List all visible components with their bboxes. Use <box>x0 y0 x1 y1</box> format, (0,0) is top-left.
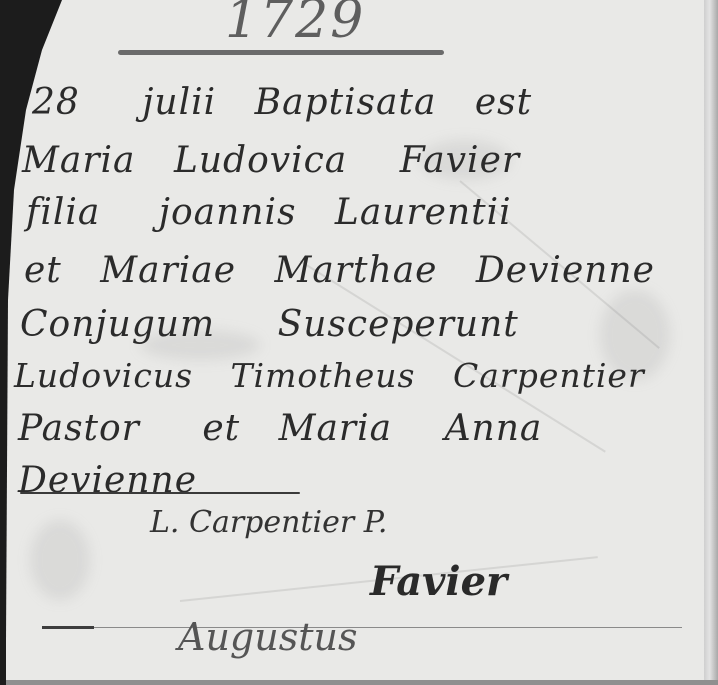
text-line-1: 28 julii Baptisata est <box>32 82 558 123</box>
word: Devienne <box>476 250 655 291</box>
word: Baptisata <box>255 82 437 123</box>
word: est <box>475 82 532 123</box>
word: Conjugum <box>20 304 215 345</box>
word: Timotheus <box>231 356 416 395</box>
text-line-4: et Mariae Marthae Devienne <box>24 250 681 291</box>
word: filia <box>26 192 100 233</box>
page-edge <box>704 0 718 685</box>
word: Maria <box>279 408 393 449</box>
word: et <box>202 408 240 449</box>
year-underline <box>118 50 444 55</box>
word: 28 <box>32 82 80 123</box>
word: Laurentii <box>335 192 512 233</box>
text-line-2: Maria Ludovica Favier <box>22 140 546 181</box>
line-flourish <box>20 492 300 494</box>
word: Susceperunt <box>278 304 519 345</box>
priest-signature: L. Carpentier P. <box>150 505 387 540</box>
word: Ludovica <box>174 140 347 181</box>
word: Devienne <box>18 460 197 501</box>
word: joannis <box>159 192 297 233</box>
signature-rule-mark <box>42 626 94 629</box>
text-line-3: filia joannis Laurentii <box>26 192 538 233</box>
word: Marthae <box>275 250 438 291</box>
word: julii <box>142 82 216 123</box>
word: Anna <box>445 408 543 449</box>
other-signature: Augustus <box>178 615 357 659</box>
signature-rule <box>42 627 682 628</box>
word: Maria <box>22 140 136 181</box>
text-line-8: Devienne <box>18 460 223 501</box>
page-edge-bottom <box>0 680 718 685</box>
text-line-7: Pastor et Maria Anna <box>18 408 568 449</box>
entry-year: 1729 <box>225 0 365 50</box>
witness-signature: Favier <box>370 558 507 605</box>
word: Mariae <box>100 250 236 291</box>
word: et <box>24 250 62 291</box>
register-page: 1729 28 julii Baptisata est Maria Ludovi… <box>0 0 718 685</box>
word: Favier <box>400 140 520 181</box>
word: Ludovicus <box>14 356 193 395</box>
text-line-6: Ludovicus Timotheus Carpentier <box>14 356 671 395</box>
text-line-5: Conjugum Susceperunt <box>20 304 545 345</box>
word: Carpentier <box>453 356 645 395</box>
word: Pastor <box>18 408 140 449</box>
ink-stain <box>30 520 90 600</box>
